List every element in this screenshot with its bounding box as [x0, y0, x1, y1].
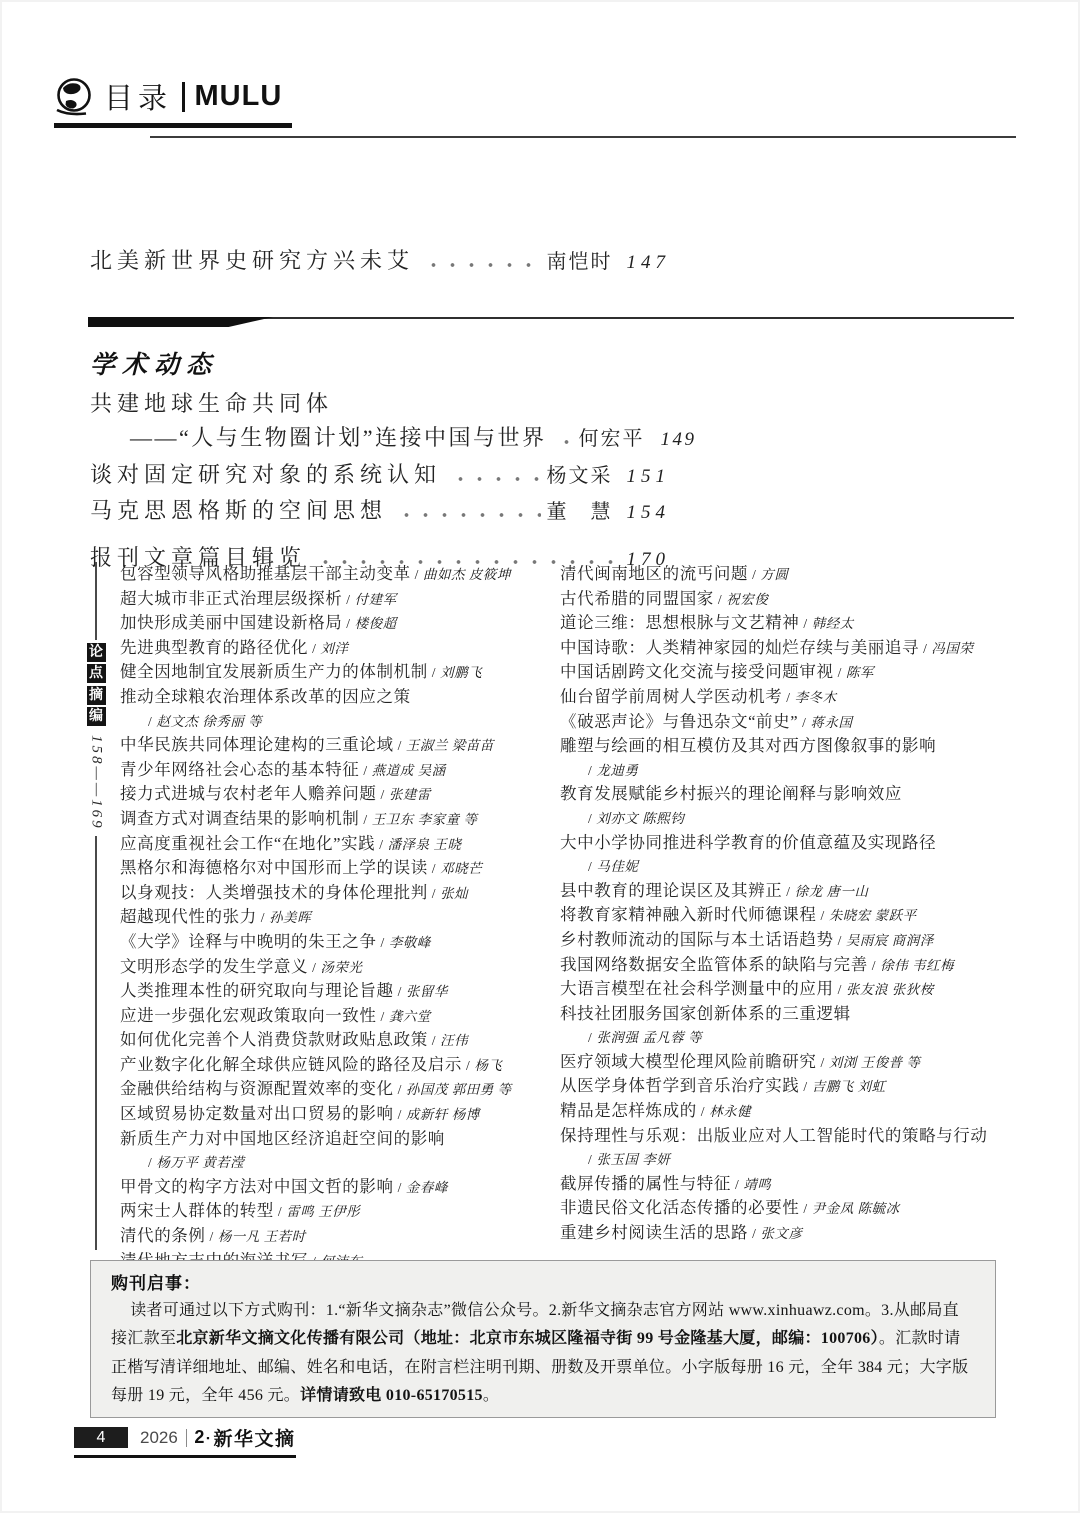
article-entry: 保持理性与乐观：出版业应对人工智能时代的策略与行动/ 张玉国 李妍 [560, 1124, 1020, 1172]
article-authors: 徐龙 唐一山 [795, 884, 869, 899]
article-title: 应高度重视社会工作“在地化”实践 [120, 834, 375, 853]
article-title: 中华民族共同体理论建构的三重论域 [120, 735, 394, 754]
rail-box-char: 摘 [87, 686, 106, 705]
slash-separator: / [834, 665, 846, 680]
article-title: 黑格尔和海德格尔对中国形而上学的误读 [120, 858, 428, 877]
article-authors: 韩经太 [812, 616, 854, 631]
notice-bold-text: 详情请致电 010-65170515 [300, 1387, 483, 1404]
article-authors: 杨一凡 王若时 [218, 1229, 306, 1244]
article-title: 推动全球粮农治理体系改革的因应之策 [120, 687, 411, 706]
toc-entry-author: 南恺时 [547, 245, 613, 280]
article-title: 区域贸易协定数量对出口贸易的影响 [120, 1104, 394, 1123]
article-title: 产业数字化化解全球供应链风险的路径及启示 [120, 1055, 462, 1074]
article-authors: 林永健 [709, 1104, 751, 1119]
article-entry: 推动全球粮农治理体系改革的因应之策/ 赵文杰 徐秀丽 等 [120, 685, 548, 733]
article-authors: 潘泽泉 王晓 [388, 837, 462, 852]
article-title: 我国网络数据安全监管体系的缺陷与完善 [560, 955, 868, 974]
section-divider [88, 317, 1014, 327]
article-title: 超大城市非正式治理层级探析 [120, 589, 342, 608]
article-entry: 将教育家精神融入新时代师德课程 / 朱晓宏 蒙跃平 [560, 903, 1020, 928]
slash-separator: / [834, 982, 846, 997]
notice-body: 读者可通过以下方式购刊：1.“新华文摘杂志”微信公众号。2.新华文摘杂志官方网站… [111, 1297, 975, 1411]
rail-line [95, 562, 97, 640]
slash-separator: / [342, 616, 354, 631]
article-entry: 新质生产力对中国地区经济追赶空间的影响/ 杨万平 黄若滢 [120, 1127, 548, 1175]
footer-divider-bar [186, 1429, 188, 1447]
article-title: 青少年网络社会心态的基本特征 [120, 760, 359, 779]
slash-separator: / [834, 933, 846, 948]
slash-separator: / [206, 1229, 218, 1244]
article-entry: 青少年网络社会心态的基本特征 / 燕道成 吴涵 [120, 758, 548, 783]
slash-separator: / [394, 1180, 406, 1195]
slash-separator: / [428, 665, 440, 680]
article-authors: 李敬峰 [389, 935, 431, 950]
article-authors: 马佳妮 [596, 859, 638, 874]
article-entry: 应高度重视社会工作“在地化”实践 / 潘泽泉 王晓 [120, 832, 548, 857]
magazine-toc-page: { "header": { "title_cn": "目录", "title_e… [0, 0, 1080, 1513]
toc-row: ——“人与生物圈计划”连接中国与世界何宏平149 [90, 421, 670, 458]
article-authors: 邓晓芒 [440, 861, 482, 876]
article-authors: 赵文杰 徐秀丽 等 [156, 714, 262, 729]
article-authors: 杨万平 黄若滢 [156, 1155, 244, 1170]
article-authors: 孙国茂 郭田勇 等 [406, 1082, 512, 1097]
slash-separator: / [428, 886, 440, 901]
article-entry: 中国话剧跨文化交流与接受问题审视 / 陈军 [560, 660, 1020, 685]
toc-row-featured: 北美新世界史研究方兴未艾 南恺时 147 [90, 244, 670, 281]
article-entry: 道论三维：思想根脉与文艺精神 / 韩经太 [560, 611, 1020, 636]
article-entry: 文明形态学的发生学意义 / 汤荣光 [120, 955, 548, 980]
article-entry: 重建乡村阅读生活的思路 / 张文彦 [560, 1221, 1020, 1246]
article-authors: 冯国荣 [931, 641, 973, 656]
article-entry: 调查方式对调查结果的影响机制 / 王卫东 李家童 等 [120, 807, 548, 832]
slash-separator: / [817, 908, 829, 923]
toc-entry-page: 149 [659, 423, 697, 458]
article-title: 大中小学协同推进科学教育的价值意蕴及实现路径 [560, 833, 936, 852]
article-authors: 吉鹏飞 刘虹 [812, 1079, 886, 1094]
article-authors-line: / 赵文杰 徐秀丽 等 [120, 709, 548, 734]
slash-separator: / [428, 1033, 440, 1048]
slash-separator: / [697, 1104, 709, 1119]
rail-line [95, 836, 97, 1250]
dot-leader [447, 458, 540, 495]
toc-entry-title: ——“人与生物圈计划”连接中国与世界 [130, 421, 547, 456]
slash-separator: / [868, 958, 880, 973]
article-authors: 刘浏 王俊普 等 [829, 1055, 921, 1070]
purchase-notice-box: 购刊启事： 读者可通过以下方式购刊：1.“新华文摘杂志”微信公众号。2.新华文摘… [90, 1260, 996, 1418]
toc-entry-author: 董 慧 [547, 495, 613, 530]
article-entry: 古代希腊的同盟国家 / 祝宏俊 [560, 587, 1020, 612]
footer-magazine-name: 新华文摘 [214, 1424, 296, 1451]
article-authors: 蒋永国 [810, 715, 852, 730]
article-title: 中国话剧跨文化交流与接受问题审视 [560, 662, 834, 681]
article-title: 大语言模型在社会科学测量中的应用 [560, 979, 834, 998]
article-entry: 如何优化完善个人消费贷款财政贴息政策 / 汪伟 [120, 1028, 548, 1053]
article-authors: 雷鸣 王伊彤 [286, 1204, 360, 1219]
rail-boxes: 论点摘编 [87, 640, 106, 729]
article-authors: 杨飞 [474, 1058, 502, 1073]
article-entry: 人类推理本性的研究取向与理论旨趣 / 张留华 [120, 979, 548, 1004]
slash-separator: / [274, 1204, 286, 1219]
slash-separator: / [428, 861, 440, 876]
section-rows: 共建地球生命共同体——“人与生物圈计划”连接中国与世界何宏平149谈对固定研究对… [90, 387, 670, 531]
toc-entry-title: 共建地球生命共同体 [90, 387, 333, 422]
article-authors: 楼俊超 [355, 616, 397, 631]
article-title: 金融供给结构与资源配置效率的变化 [120, 1079, 394, 1098]
article-title: 包容型领导风格助推基层干部主动变革 [120, 564, 411, 583]
slash-separator: / [394, 984, 406, 999]
article-entry: 先进典型教育的路径优化 / 刘洋 [120, 636, 548, 661]
article-title: 清代的条例 [120, 1226, 206, 1245]
article-authors: 成新轩 杨博 [406, 1107, 480, 1122]
slash-separator: / [799, 616, 811, 631]
article-authors: 张友浪 张狄桉 [846, 982, 934, 997]
article-authors: 靖鸣 [743, 1177, 771, 1192]
article-entry: 中华民族共同体理论建构的三重论域 / 王淑兰 梁苗苗 [120, 733, 548, 758]
article-title: 文明形态学的发生学意义 [120, 957, 308, 976]
article-title: 乡村教师流动的国际与本土话语趋势 [560, 930, 834, 949]
article-authors: 王卫东 李家童 等 [372, 812, 478, 827]
brand-lockup: 目录 MULU [54, 76, 292, 128]
slash-separator: / [377, 935, 389, 950]
article-authors: 李冬木 [795, 690, 837, 705]
slash-separator: / [394, 1107, 406, 1122]
article-entry: 我国网络数据安全监管体系的缺陷与完善 / 徐伟 韦红梅 [560, 953, 1020, 978]
article-entry: 金融供给结构与资源配置效率的变化 / 孙国茂 郭田勇 等 [120, 1077, 548, 1102]
slash-separator: / [377, 787, 389, 802]
dot-leader [553, 421, 573, 458]
article-entry: 仙台留学前周树人学医动机考 / 李冬木 [560, 685, 1020, 710]
article-title: 接力式进城与农村老年人赡养问题 [120, 784, 377, 803]
article-entry: 黑格尔和海德格尔对中国形而上学的误读 / 邓晓芒 [120, 856, 548, 881]
article-authors: 方圆 [760, 567, 788, 582]
rail-page-range: 158——169 [88, 735, 105, 831]
footer-page-number: 4 [74, 1427, 128, 1448]
slash-separator: / [799, 1201, 811, 1216]
article-authors: 龚六堂 [389, 1009, 431, 1024]
article-authors: 付建军 [355, 592, 397, 607]
article-entry: 区域贸易协定数量对出口贸易的影响 / 成新轩 杨博 [120, 1102, 548, 1127]
notice-text: 。 [483, 1387, 499, 1404]
slash-separator: / [798, 715, 810, 730]
footer-issue-number: 2 [194, 1427, 204, 1448]
slash-separator: / [394, 738, 406, 753]
article-authors: 张润强 孟凡蓉 等 [596, 1030, 702, 1045]
article-title: 古代希腊的同盟国家 [560, 589, 714, 608]
article-authors: 王淑兰 梁苗苗 [406, 738, 494, 753]
globe-icon [54, 77, 94, 117]
slash-separator: / [782, 690, 794, 705]
toc-entry-author: 何宏平 [579, 422, 645, 457]
article-authors-line: / 马佳妮 [560, 854, 1020, 879]
article-title: 将教育家精神融入新时代师德课程 [560, 905, 817, 924]
slash-separator: / [257, 910, 269, 925]
article-entry: 教育发展赋能乡村振兴的理论阐释与影响效应/ 刘亦文 陈熙钧 [560, 782, 1020, 830]
article-title: 精品是怎样炼成的 [560, 1101, 697, 1120]
article-title: 如何优化完善个人消费贷款财政贴息政策 [120, 1030, 428, 1049]
article-authors-line: / 张润强 孟凡蓉 等 [560, 1025, 1020, 1050]
article-authors: 汤荣光 [320, 960, 362, 975]
side-rail: 论点摘编 158——169 [84, 562, 108, 1250]
article-entry: 从医学身体哲学到音乐治疗实践 / 吉鹏飞 刘虹 [560, 1074, 1020, 1099]
article-title: 教育发展赋能乡村振兴的理论阐释与影响效应 [560, 784, 902, 803]
article-authors: 祝宏俊 [726, 592, 768, 607]
toc-entry-page: 147 [627, 246, 671, 281]
article-title: 甲骨文的构字方法对中国文哲的影响 [120, 1177, 394, 1196]
page-header: 目录 MULU [54, 76, 292, 128]
article-title: 保持理性与乐观：出版业应对人工智能时代的策略与行动 [560, 1126, 988, 1145]
title-divider-bar [182, 82, 185, 112]
article-authors: 孙美晖 [269, 910, 311, 925]
page-footer: 4 2026 2 ▪ 新华文摘 [74, 1424, 296, 1458]
article-authors: 燕道成 吴涵 [372, 763, 446, 778]
article-authors: 张建雷 [389, 787, 431, 802]
article-title: 应进一步强化宏观政策取向一致性 [120, 1006, 377, 1025]
article-title: 调查方式对调查结果的影响机制 [120, 809, 359, 828]
article-title: 健全因地制宜发展新质生产力的体制机制 [120, 662, 428, 681]
article-authors: 张灿 [440, 886, 468, 901]
article-title: 医疗领域大模型伦理风险前瞻研究 [560, 1052, 817, 1071]
column-left: 包容型领导风格助推基层干部主动变革 / 曲如杰 皮筱坤超大城市非正式治理层级探析… [120, 562, 548, 1250]
toc-row: 谈对固定研究对象的系统认知杨文采151 [90, 458, 670, 495]
article-authors: 朱晓宏 蒙跃平 [829, 908, 917, 923]
article-entry: 大语言模型在社会科学测量中的应用 / 张友浪 张狄桉 [560, 977, 1020, 1002]
slash-separator: / [799, 1079, 811, 1094]
article-entry: 甲骨文的构字方法对中国文哲的影响 / 金春峰 [120, 1175, 548, 1200]
page-title-cn: 目录 [104, 76, 172, 117]
toc-upper: 北美新世界史研究方兴未艾 南恺时 147 学术动态 共建地球生命共同体——“人与… [90, 244, 670, 577]
article-title: 截屏传播的属性与特征 [560, 1174, 731, 1193]
slash-separator: / [375, 837, 387, 852]
article-title: 人类推理本性的研究取向与理论旨趣 [120, 981, 394, 1000]
slash-separator: / [359, 763, 371, 778]
article-entry: 中国诗歌：人类精神家园的灿烂存续与美丽追寻 / 冯国荣 [560, 636, 1020, 661]
article-entry: 大中小学协同推进科学教育的价值意蕴及实现路径/ 马佳妮 [560, 831, 1020, 879]
article-title: 两宋士人群体的转型 [120, 1201, 274, 1220]
article-authors-line: / 杨万平 黄若滢 [120, 1150, 548, 1175]
header-rule [150, 136, 1016, 138]
article-entry: 超越现代性的张力 / 孙美晖 [120, 905, 548, 930]
article-entry: 接力式进城与农村老年人赡养问题 / 张建雷 [120, 782, 548, 807]
slash-separator: / [342, 592, 354, 607]
article-authors: 陈军 [846, 665, 874, 680]
slash-separator: / [308, 960, 320, 975]
divider-wedge [88, 317, 273, 327]
toc-row: 共建地球生命共同体 [90, 387, 670, 422]
slash-separator: / [377, 1009, 389, 1024]
article-authors: 张玉国 李妍 [596, 1152, 670, 1167]
toc-entry-title: 谈对固定研究对象的系统认知 [90, 458, 441, 493]
dot-leader [393, 494, 540, 531]
slash-separator: / [411, 567, 423, 582]
article-title: 雕塑与绘画的相互模仿及其对西方图像叙事的影响 [560, 736, 936, 755]
article-authors: 刘亦文 陈熙钧 [596, 811, 684, 826]
article-title: 从医学身体哲学到音乐治疗实践 [560, 1076, 799, 1095]
article-title: 以身观技：人类增强技术的身体伦理批判 [120, 883, 428, 902]
article-authors: 张留华 [406, 984, 448, 999]
slash-separator: / [817, 1055, 829, 1070]
article-title: 清代闽南地区的流丐问题 [560, 564, 748, 583]
notice-heading: 购刊启事： [111, 1271, 975, 1297]
article-title: 道论三维：思想根脉与文艺精神 [560, 613, 799, 632]
article-authors: 尹金凤 陈毓冰 [812, 1201, 900, 1216]
article-entry: 产业数字化化解全球供应链风险的路径及启示 / 杨飞 [120, 1053, 548, 1078]
article-entry: 以身观技：人类增强技术的身体伦理批判 / 张灿 [120, 881, 548, 906]
article-entry: 县中教育的理论误区及其辨正 / 徐龙 唐一山 [560, 879, 1020, 904]
slash-separator: / [919, 641, 931, 656]
article-entry: 乡村教师流动的国际与本土话语趋势 / 吴雨宸 商润泽 [560, 928, 1020, 953]
article-entry: 科技社团服务国家创新体系的三重逻辑/ 张润强 孟凡蓉 等 [560, 1002, 1020, 1050]
article-entry: 雕塑与绘画的相互模仿及其对西方图像叙事的影响/ 龙迪勇 [560, 734, 1020, 782]
article-columns: 包容型领导风格助推基层干部主动变革 / 曲如杰 皮筱坤超大城市非正式治理层级探析… [120, 562, 1020, 1250]
footer-bullet-icon: ▪ [206, 1433, 209, 1443]
article-authors: 刘洋 [320, 641, 348, 656]
article-title: 先进典型教育的路径优化 [120, 638, 308, 657]
article-entry: 非遗民俗文化活态传播的必要性 / 尹金凤 陈毓冰 [560, 1196, 1020, 1221]
slash-separator: / [782, 884, 794, 899]
article-title: 超越现代性的张力 [120, 907, 257, 926]
article-authors: 吴雨宸 商润泽 [846, 933, 934, 948]
article-authors: 龙迪勇 [596, 763, 638, 778]
article-title: 县中教育的理论误区及其辨正 [560, 881, 782, 900]
slash-separator: / [731, 1177, 743, 1192]
article-authors-line: / 张玉国 李妍 [560, 1147, 1020, 1172]
toc-entry-title: 北美新世界史研究方兴未艾 [90, 244, 414, 279]
rail-box-char: 编 [87, 707, 106, 726]
article-title: 新质生产力对中国地区经济追赶空间的影响 [120, 1129, 445, 1148]
slash-separator: / [462, 1058, 474, 1073]
section-heading: 学术动态 [90, 345, 670, 381]
toc-entry-title: 马克思恩格斯的空间思想 [90, 494, 387, 529]
slash-separator: / [359, 812, 371, 827]
toc-row: 马克思恩格斯的空间思想董 慧154 [90, 494, 670, 531]
page-title-en: MULU [195, 80, 283, 113]
toc-entry-page: 151 [627, 460, 671, 495]
article-authors: 徐伟 韦红梅 [880, 958, 954, 973]
column-right: 清代闽南地区的流丐问题 / 方圆古代希腊的同盟国家 / 祝宏俊道论三维：思想根脉… [560, 562, 1020, 1250]
article-entry: 两宋士人群体的转型 / 雷鸣 王伊彤 [120, 1199, 548, 1224]
article-authors-line: / 刘亦文 陈熙钧 [560, 806, 1020, 831]
article-entry: 应进一步强化宏观政策取向一致性 / 龚六堂 [120, 1004, 548, 1029]
article-entry: 包容型领导风格助推基层干部主动变革 / 曲如杰 皮筱坤 [120, 562, 548, 587]
article-authors: 汪伟 [440, 1033, 468, 1048]
article-entry: 加快形成美丽中国建设新格局 / 楼俊超 [120, 611, 548, 636]
article-entry: 清代的条例 / 杨一凡 王若时 [120, 1224, 548, 1249]
slash-separator: / [714, 592, 726, 607]
rail-box-char: 论 [87, 643, 106, 662]
article-title: 加快形成美丽中国建设新格局 [120, 613, 342, 632]
article-title: 《大学》诠释与中晚明的朱王之争 [120, 932, 377, 951]
article-title: 重建乡村阅读生活的思路 [560, 1223, 748, 1242]
article-authors: 张文彦 [760, 1226, 802, 1241]
slash-separator: / [394, 1082, 406, 1097]
article-authors: 金春峰 [406, 1180, 448, 1195]
footer-year: 2026 [140, 1428, 178, 1448]
article-entry: 《破恶声论》与鲁迅杂文“前史” / 蒋永国 [560, 710, 1020, 735]
article-entry: 超大城市非正式治理层级探析 / 付建军 [120, 587, 548, 612]
slash-separator: / [308, 641, 320, 656]
article-entry: 医疗领域大模型伦理风险前瞻研究 / 刘浏 王俊普 等 [560, 1050, 1020, 1075]
article-title: 中国诗歌：人类精神家园的灿烂存续与美丽追寻 [560, 638, 919, 657]
slash-separator: / [748, 1226, 760, 1241]
dot-leader [420, 244, 540, 281]
article-title: 仙台留学前周树人学医动机考 [560, 687, 782, 706]
article-entry: 《大学》诠释与中晚明的朱王之争 / 李敬峰 [120, 930, 548, 955]
rail-box-char: 点 [87, 664, 106, 683]
toc-entry-author: 杨文采 [547, 459, 613, 494]
article-title: 非遗民俗文化活态传播的必要性 [560, 1198, 799, 1217]
slash-separator: / [748, 567, 760, 582]
article-title: 《破恶声论》与鲁迅杂文“前史” [560, 712, 798, 731]
article-authors: 刘鹏飞 [440, 665, 482, 680]
article-entry: 健全因地制宜发展新质生产力的体制机制 / 刘鹏飞 [120, 660, 548, 685]
notice-bold-text: 北京新华文摘文化传播有限公司（地址：北京市东城区隆福寺街 99 号金隆基大厦，邮… [176, 1330, 879, 1347]
article-entry: 精品是怎样炼成的 / 林永健 [560, 1099, 1020, 1124]
article-entry: 清代闽南地区的流丐问题 / 方圆 [560, 562, 1020, 587]
toc-entry-page: 154 [627, 496, 671, 531]
article-authors-line: / 龙迪勇 [560, 758, 1020, 783]
article-authors: 曲如杰 皮筱坤 [423, 567, 511, 582]
article-entry: 截屏传播的属性与特征 / 靖鸣 [560, 1172, 1020, 1197]
digest-list-section: 论点摘编 158——169 包容型领导风格助推基层干部主动变革 / 曲如杰 皮筱… [84, 562, 1020, 1250]
article-title: 科技社团服务国家创新体系的三重逻辑 [560, 1004, 851, 1023]
